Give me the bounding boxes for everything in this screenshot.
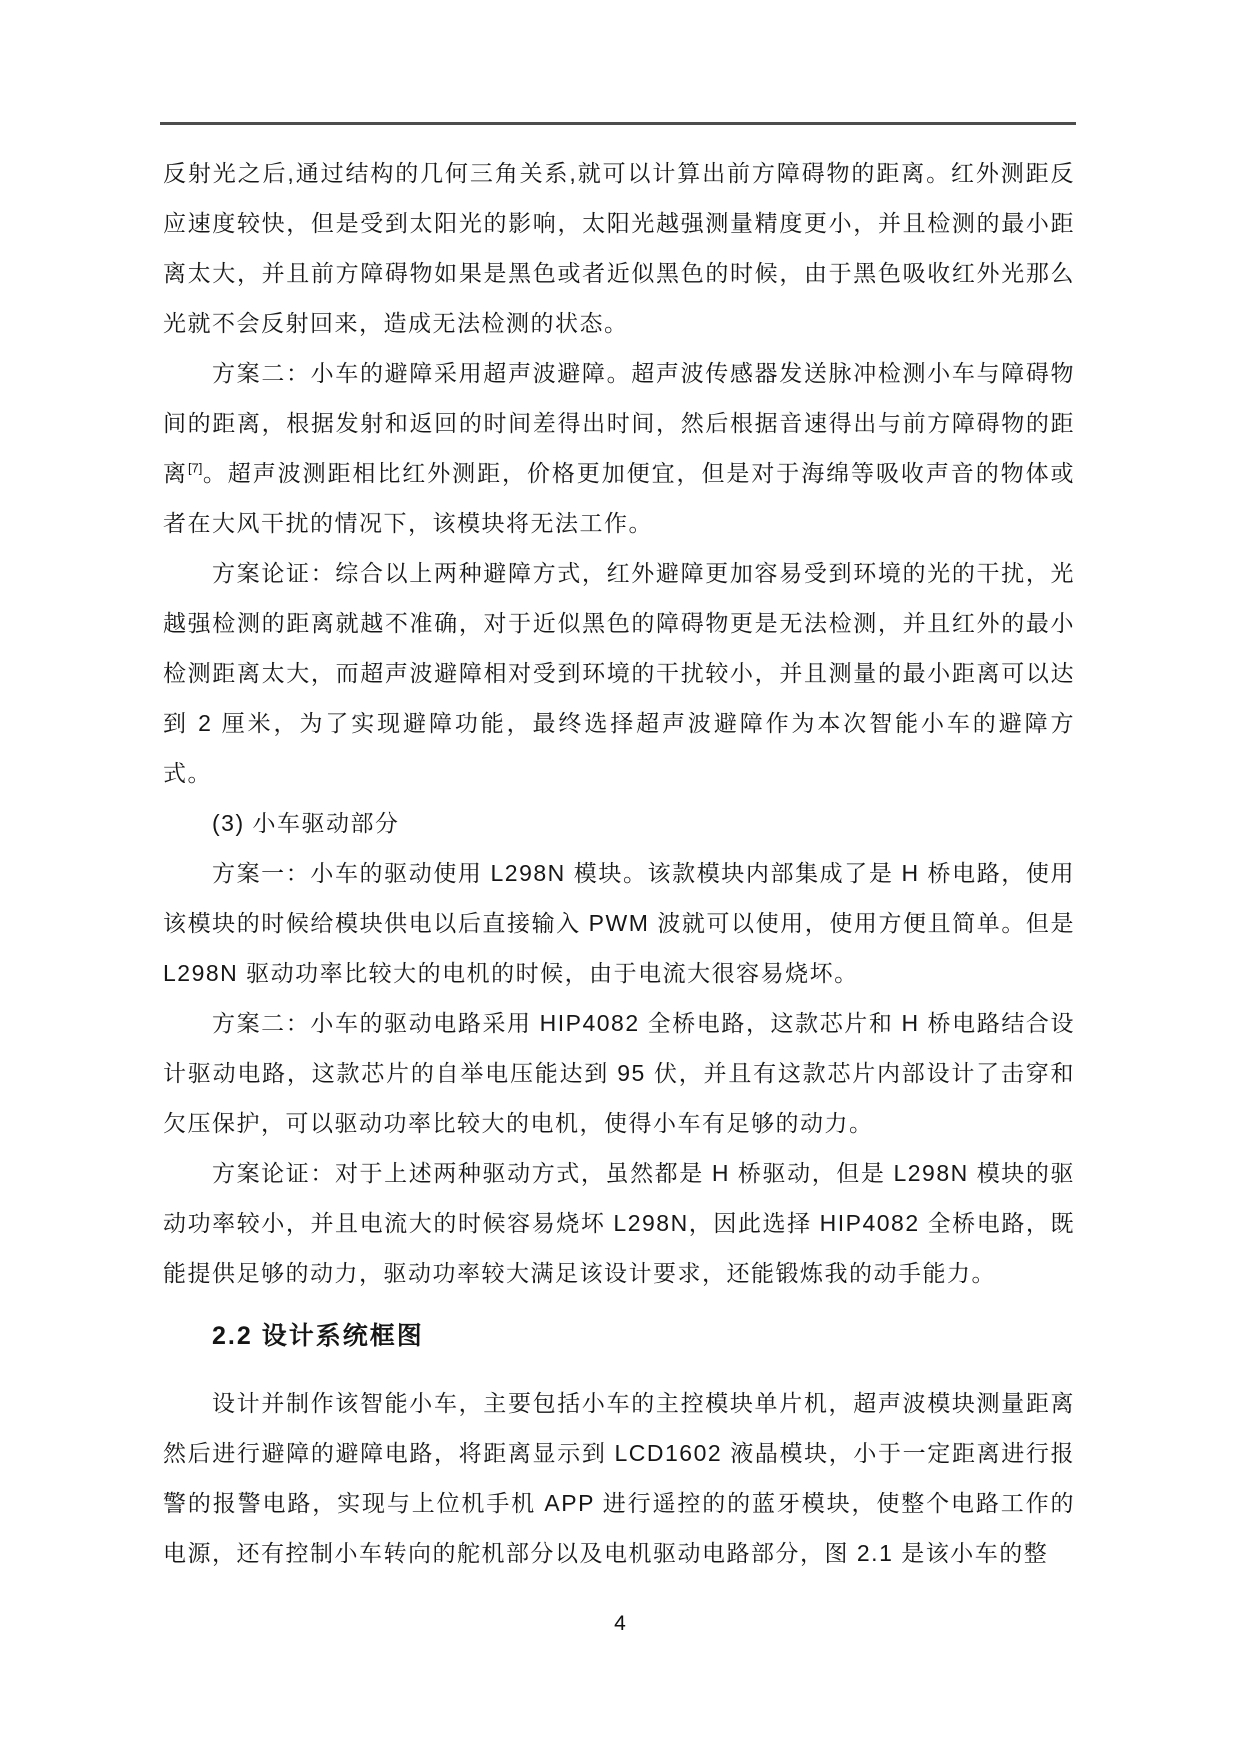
- header-rule: [160, 122, 1076, 125]
- section-heading-2-2: 2.2 设计系统框图: [163, 1318, 1075, 1354]
- paragraph-ultrasonic-scheme: 方案二：小车的避障采用超声波避障。超声波传感器发送脉冲检测小车与障碍物间的距离，…: [163, 348, 1075, 548]
- paragraph-ultrasonic-text-after-ref: 。超声波测距相比红外测距，价格更加便宜，但是对于海绵等吸收声音的物体或者在大风干…: [163, 460, 1075, 536]
- item-heading-drive-section: (3) 小车驱动部分: [163, 798, 1075, 848]
- paragraph-drive-scheme-1: 方案一：小车的驱动使用 L298N 模块。该款模块内部集成了是 H 桥电路，使用…: [163, 848, 1075, 998]
- page-number: 4: [0, 1612, 1240, 1636]
- document-body: 反射光之后,通过结构的几何三角关系,就可以计算出前方障碍物的距离。红外测距反应速…: [163, 148, 1075, 1578]
- paragraph-infrared-ranging: 反射光之后,通过结构的几何三角关系,就可以计算出前方障碍物的距离。红外测距反应速…: [163, 148, 1075, 348]
- paragraph-drive-scheme-2: 方案二：小车的驱动电路采用 HIP4082 全桥电路，这款芯片和 H 桥电路结合…: [163, 998, 1075, 1148]
- paragraph-obstacle-scheme-argument: 方案论证：综合以上两种避障方式，红外避障更加容易受到环境的光的干扰，光越强检测的…: [163, 548, 1075, 798]
- paragraph-drive-scheme-argument: 方案论证：对于上述两种驱动方式，虽然都是 H 桥驱动，但是 L298N 模块的驱…: [163, 1148, 1075, 1298]
- paragraph-system-block-diagram: 设计并制作该智能小车，主要包括小车的主控模块单片机，超声波模块测量距离然后进行避…: [163, 1378, 1075, 1578]
- document-page: 反射光之后,通过结构的几何三角关系,就可以计算出前方障碍物的距离。红外测距反应速…: [0, 0, 1240, 1754]
- citation-ref-7: [7]: [188, 460, 202, 475]
